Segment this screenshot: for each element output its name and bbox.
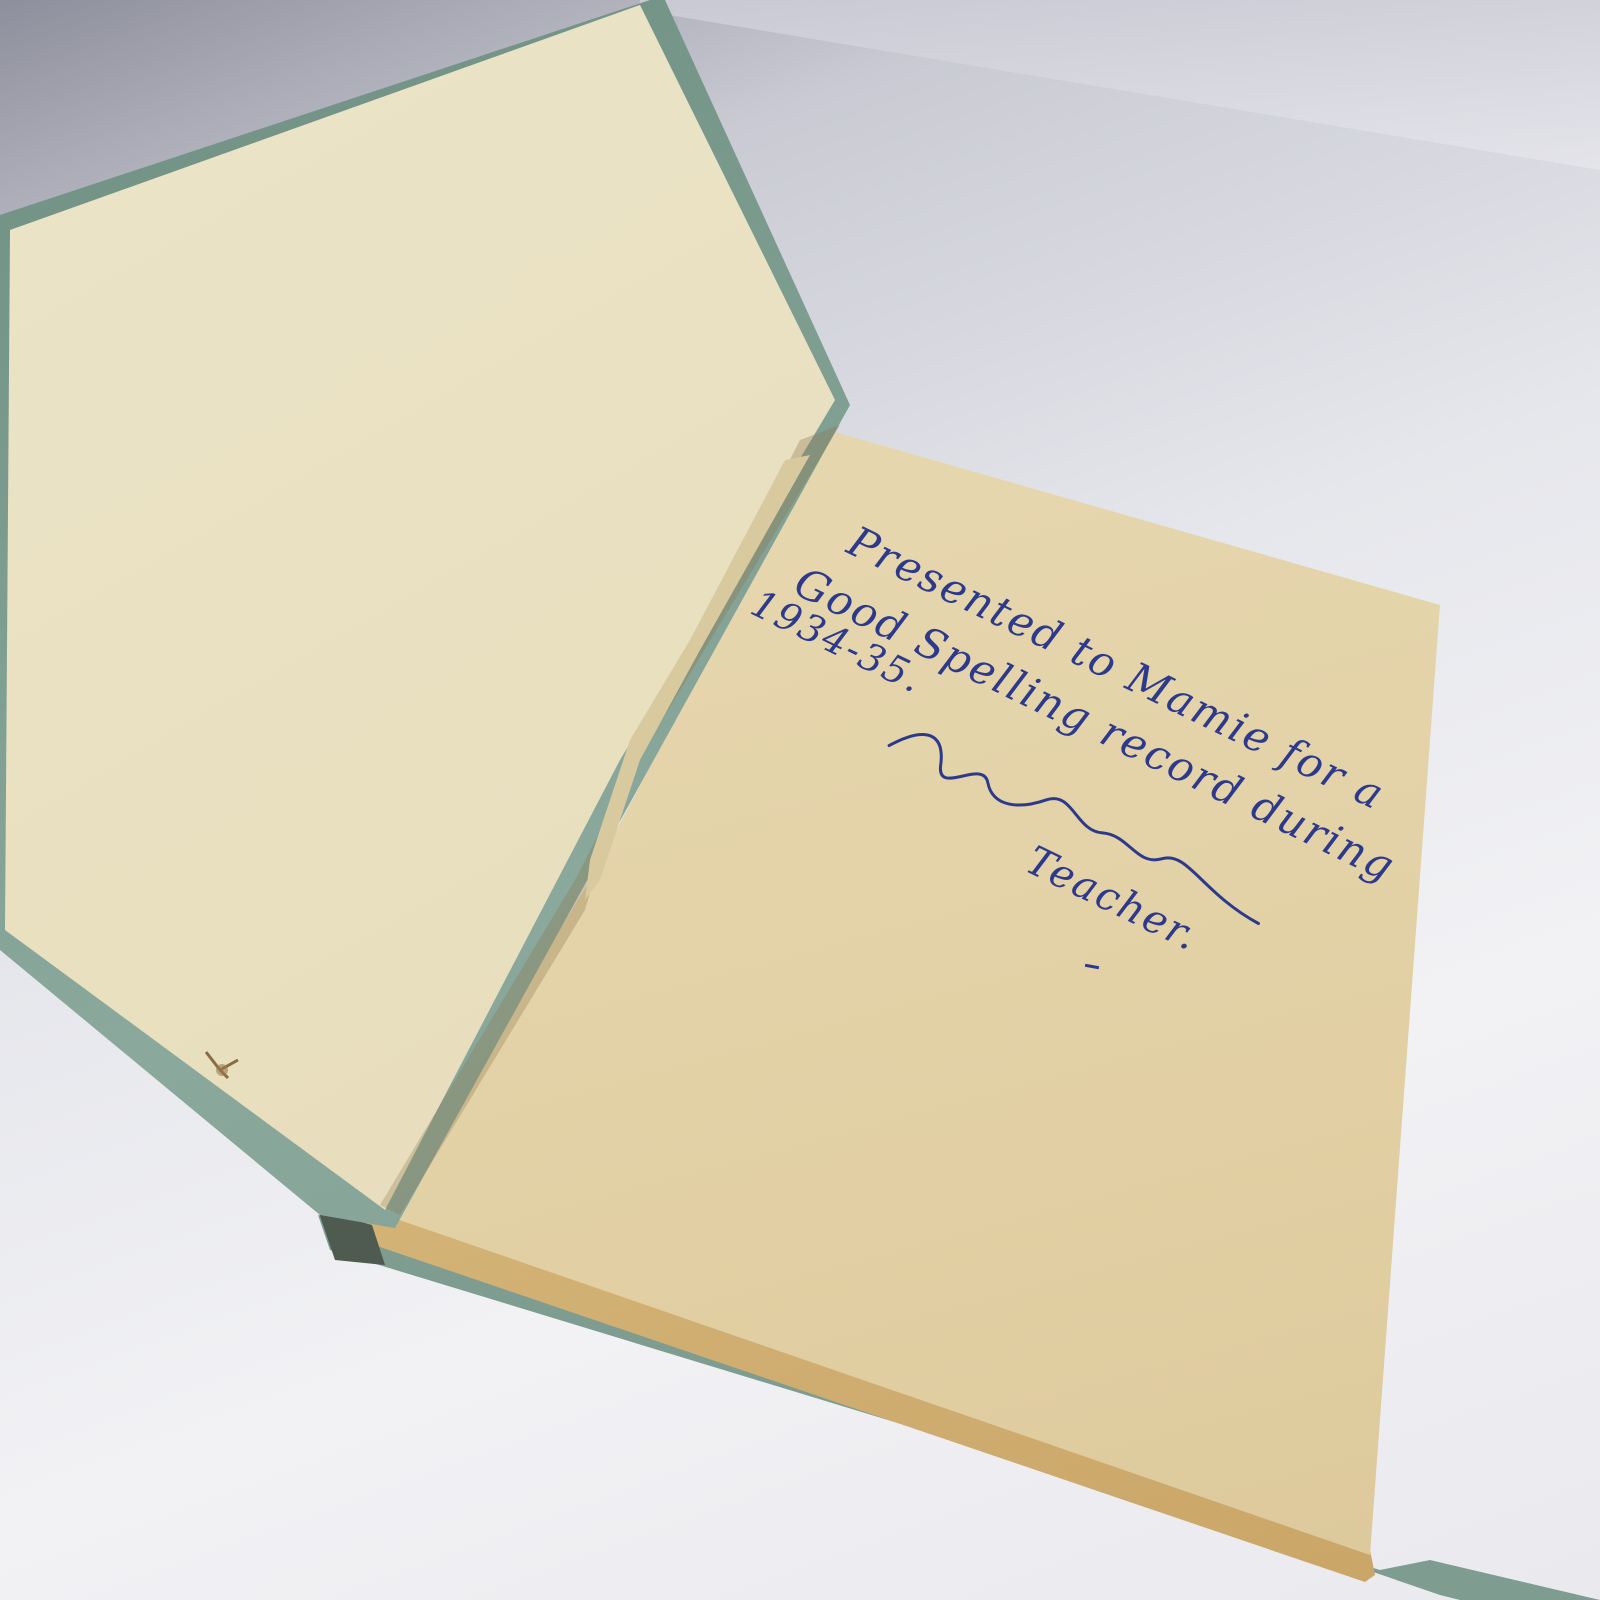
stain-mark-icon <box>202 1048 242 1082</box>
background-wall <box>640 0 1600 170</box>
photo-scene: Presented to Mamie for a Good Spelling r… <box>0 0 1600 1600</box>
